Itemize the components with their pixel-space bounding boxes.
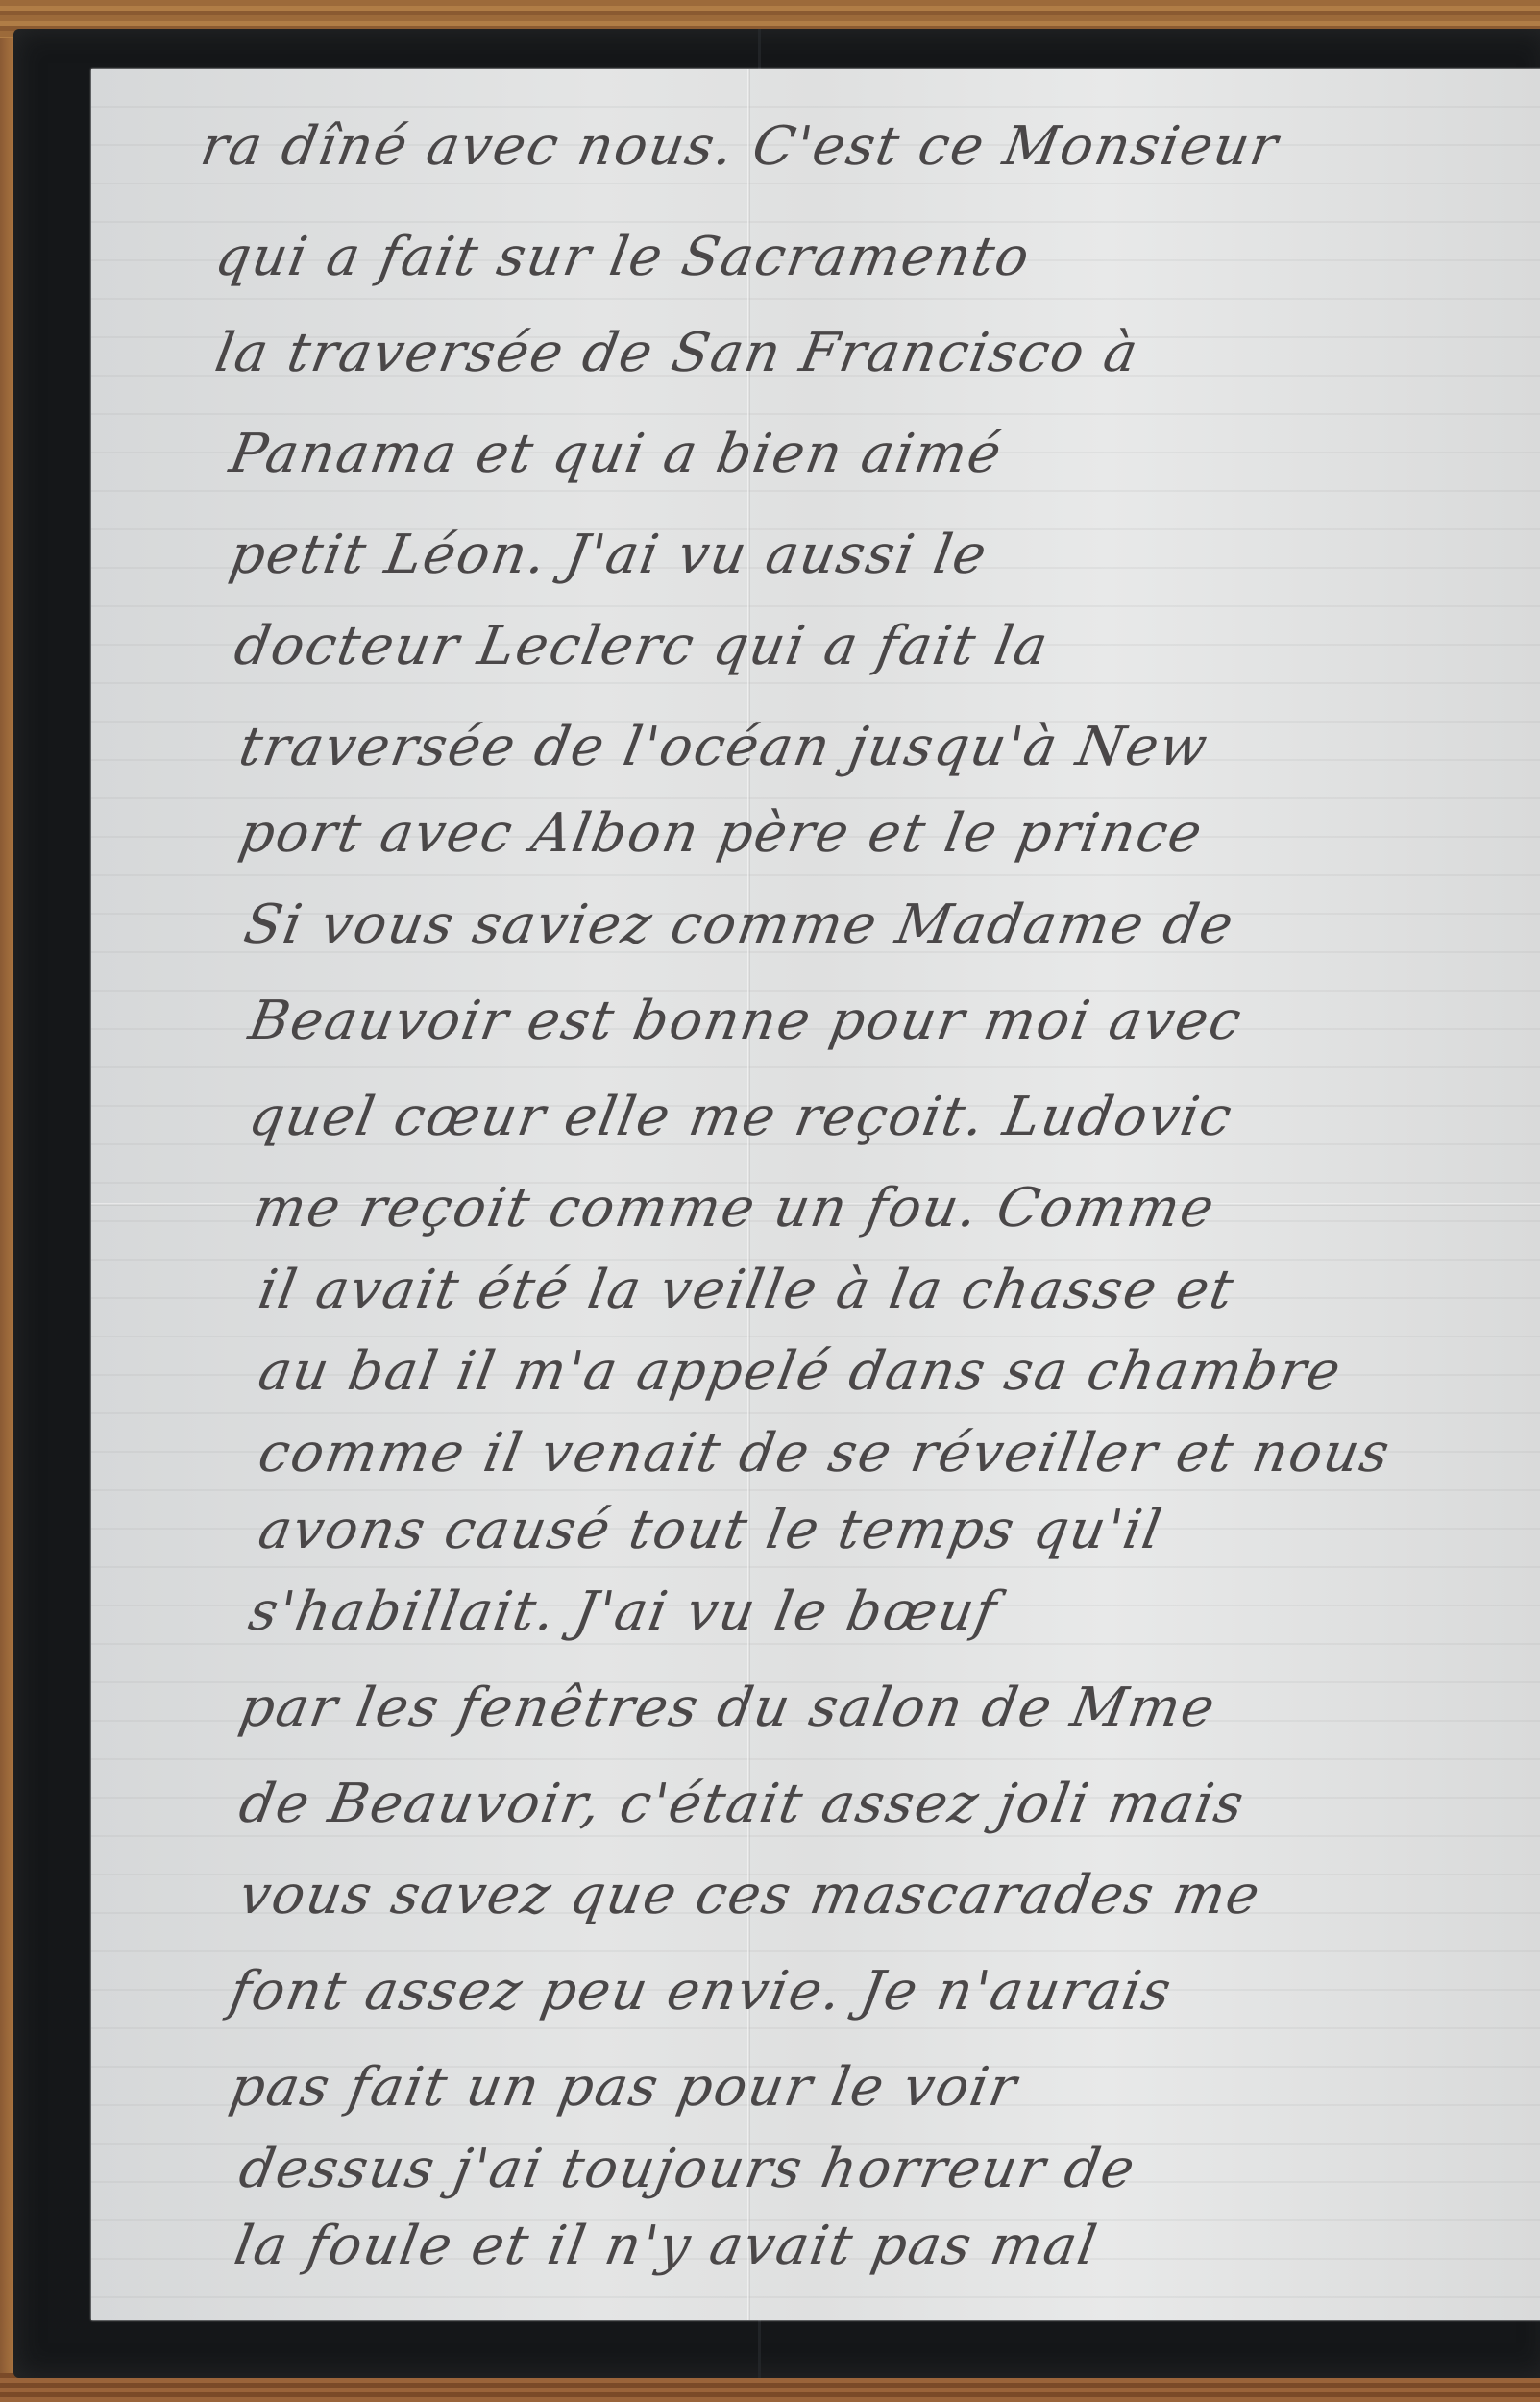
handwritten-line: ra dîné avec nous. C'est ce Monsieur [196, 115, 1283, 178]
handwritten-line: font assez peu envie. Je n'aurais [225, 1960, 1177, 2022]
handwritten-line: qui a fait sur le Sacramento [210, 226, 1036, 288]
handwritten-line: me reçoit comme un fou. Comme [249, 1177, 1220, 1239]
handwritten-line: s'habillait. J'ai vu le bœuf [244, 1581, 1002, 1643]
handwritten-line: port avec Albon père et le prince [234, 802, 1208, 865]
handwritten-line: la traversée de San Francisco à [210, 322, 1143, 384]
handwritten-line: petit Léon. J'ai vu aussi le [225, 524, 992, 586]
handwritten-line: Si vous saviez comme Madame de [239, 894, 1239, 956]
handwritten-line: la foule et il n'y avait pas mal [230, 2215, 1103, 2277]
handwritten-line: pas fait un pas pour le voir [225, 2056, 1022, 2119]
handwritten-line: dessus j'ai toujours horreur de [234, 2138, 1140, 2200]
handwritten-line: traversée de l'océan jusqu'à New [234, 716, 1213, 778]
handwritten-line: docteur Leclerc qui a fait la [230, 615, 1054, 677]
handwritten-line: vous savez que ces mascarades me [234, 1864, 1265, 1926]
handwritten-line: comme il venait de se réveiller et nous [254, 1422, 1395, 1484]
letter-page: ra dîné avec nous. C'est ce Monsieurqui … [91, 69, 1540, 2320]
handwritten-line: par les fenêtres du salon de Mme [234, 1677, 1221, 1739]
handwritten-line: de Beauvoir, c'était assez joli mais [234, 1773, 1250, 1835]
handwritten-line: Beauvoir est bonne pour moi avec [244, 990, 1247, 1052]
handwritten-line: quel cœur elle me reçoit. Ludovic [244, 1086, 1237, 1148]
handwritten-line: avons causé tout le temps qu'il [254, 1499, 1167, 1561]
handwritten-line: il avait été la veille à la chasse et [254, 1259, 1239, 1321]
handwritten-line: au bal il m'a appelé dans sa chambre [254, 1340, 1346, 1403]
handwritten-line: Panama et qui a bien aimé [225, 423, 1007, 485]
